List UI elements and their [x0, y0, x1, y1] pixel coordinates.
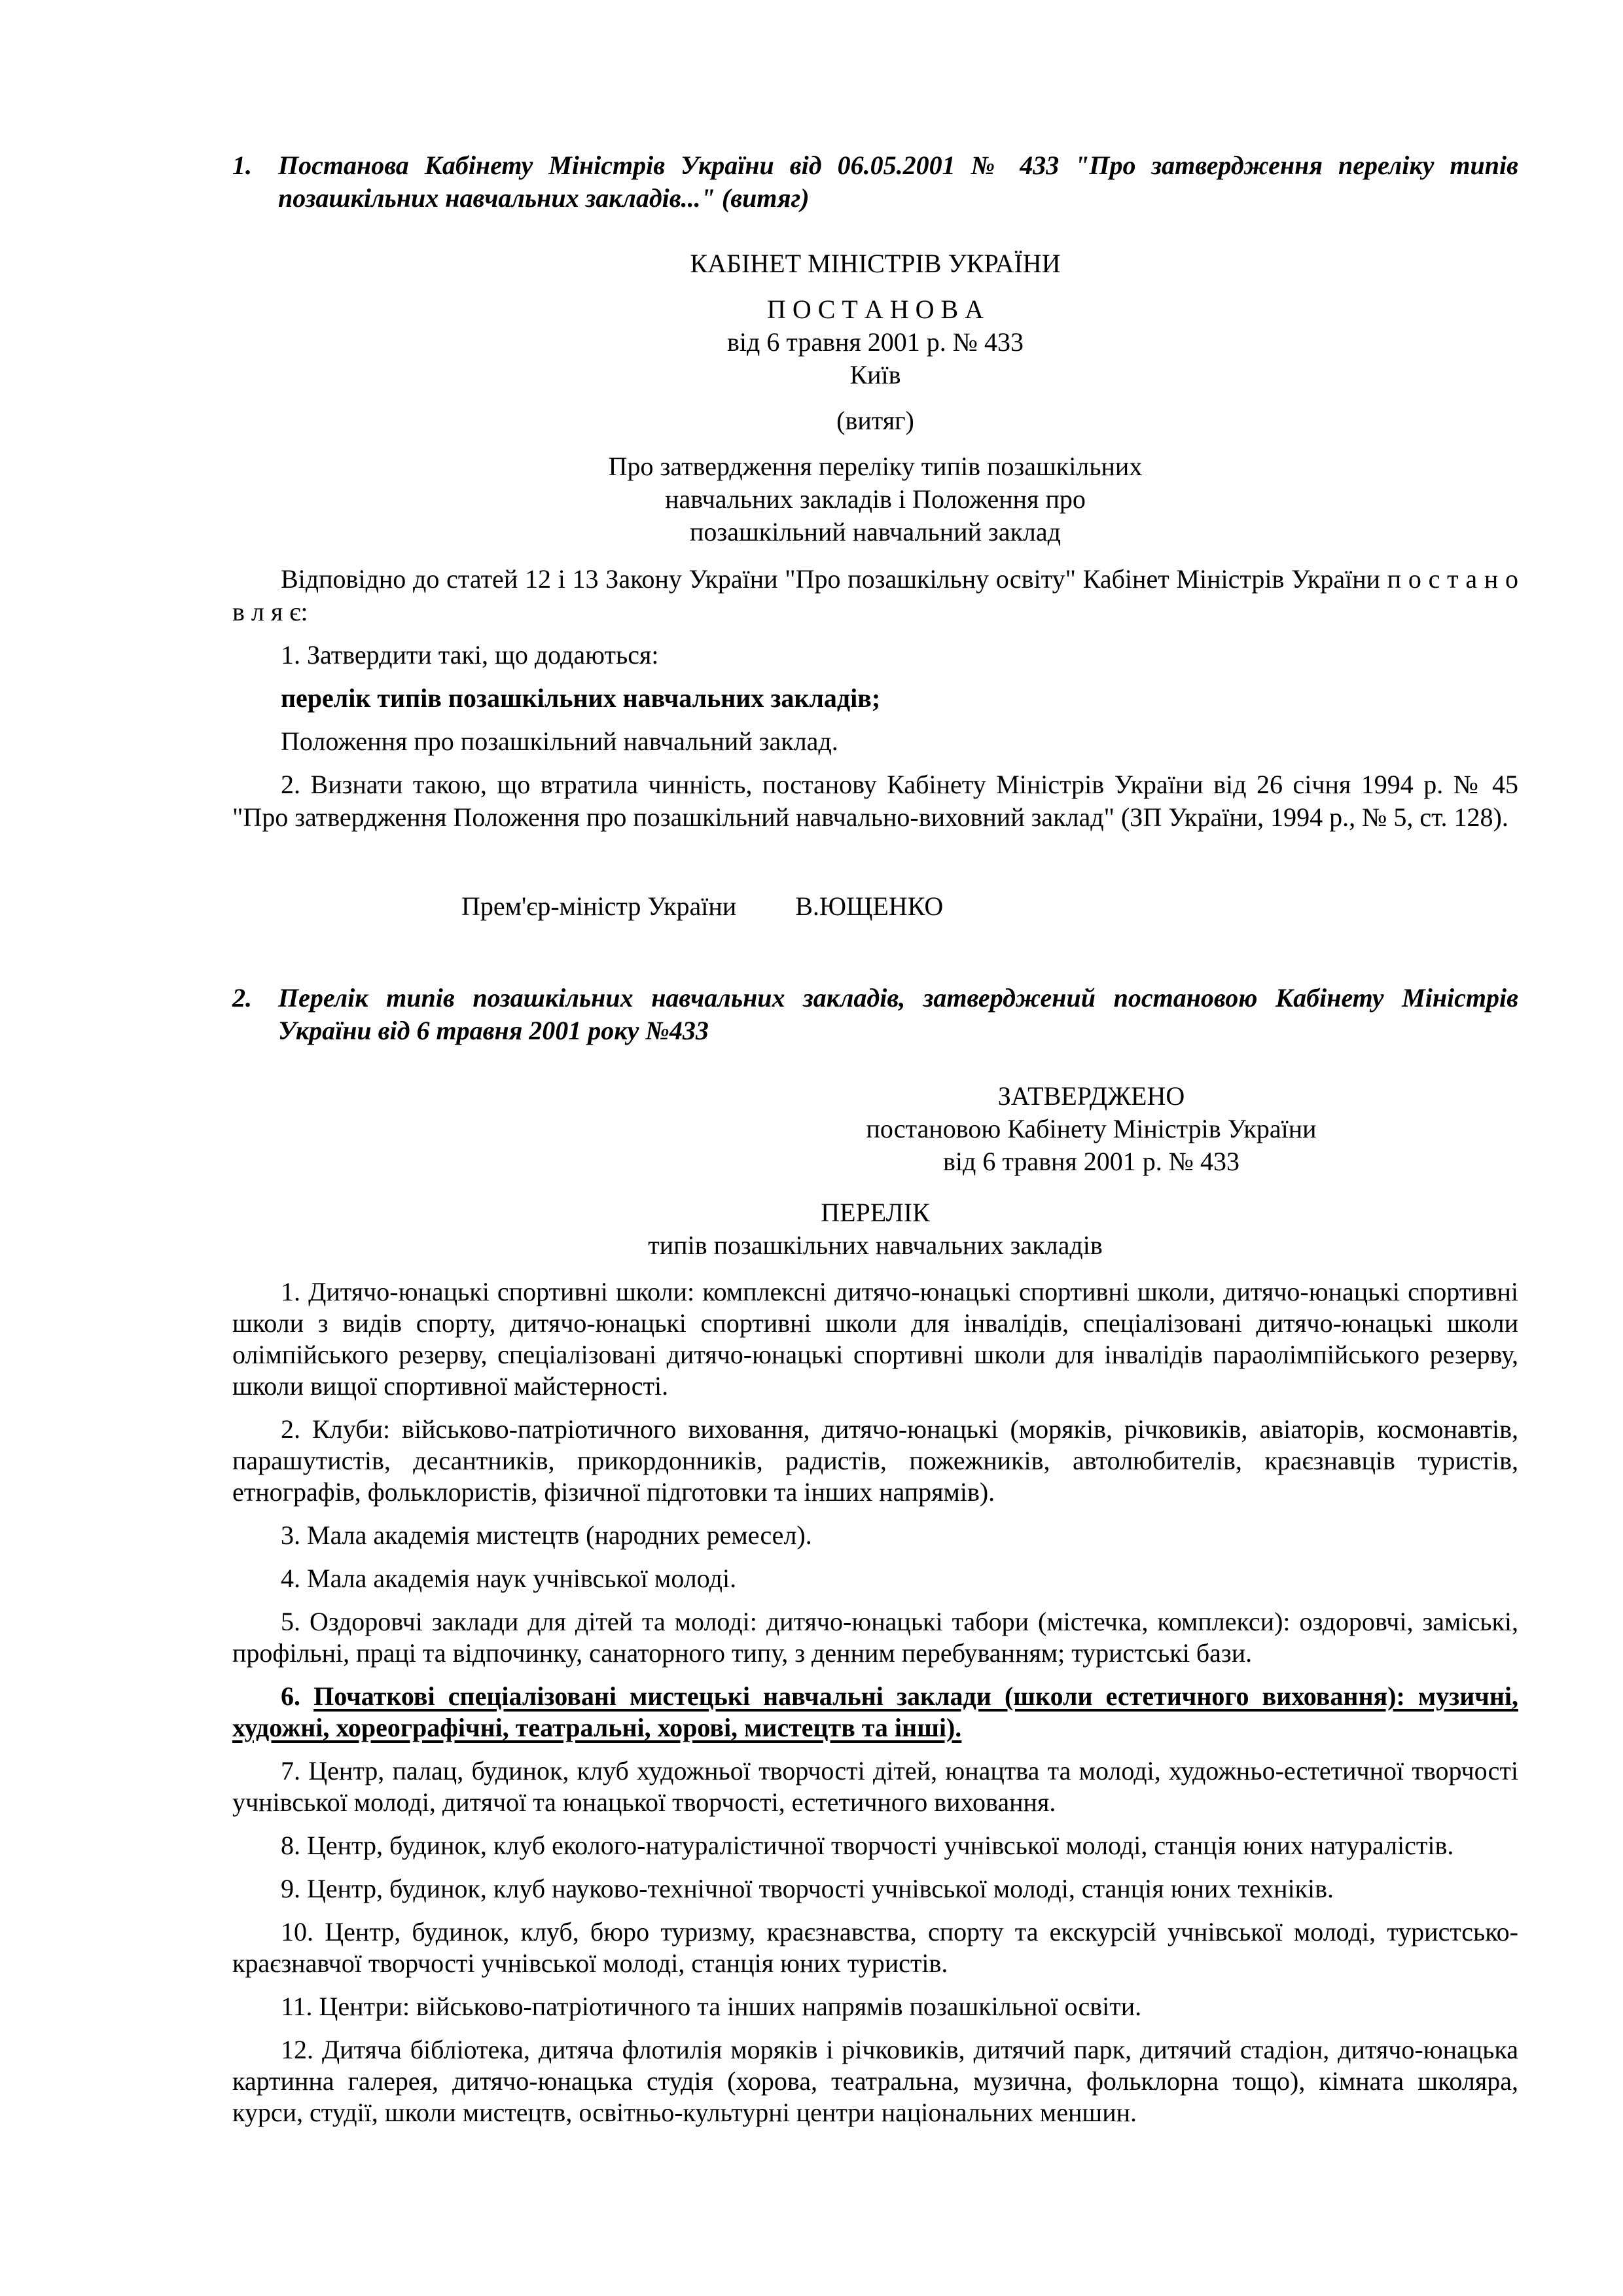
approved-by: постановою Кабінету Міністрів України — [664, 1113, 1518, 1145]
document-page: 1. Постанова Кабінету Міністрів України … — [232, 149, 1518, 2140]
decree-city: Київ — [232, 359, 1518, 391]
clause-2: 2. Визнати такою, що втратила чинність, … — [232, 768, 1518, 834]
list-item-3: 3. Мала академія мистецтв (народних реме… — [232, 1520, 1518, 1551]
list-item-5: 5. Оздоровчі заклади для дітей та молоді… — [232, 1606, 1518, 1669]
list-item-9: 9. Центр, будинок, клуб науково-технічно… — [232, 1873, 1518, 1905]
signature-title: Прем'єр-міністр України — [461, 890, 736, 923]
signature-block: Прем'єр-міністр України В.ЮЩЕНКО — [461, 890, 1518, 923]
approved-label: ЗАТВЕРДЖЕНО — [664, 1080, 1518, 1113]
authority-name: КАБІНЕТ МІНІСТРІВ УКРАЇНИ — [232, 247, 1518, 280]
list-item-2: 2. Клуби: військово-патріотичного вихова… — [232, 1414, 1518, 1508]
approval-stamp: ЗАТВЕРДЖЕНО постановою Кабінету Міністрі… — [232, 1080, 1518, 1178]
signature-name: В.ЮЩЕНКО — [795, 890, 943, 923]
decree-title-line-3: позашкільний навчальний заклад — [232, 516, 1518, 548]
list-item-10: 10. Центр, будинок, клуб, бюро туризму, … — [232, 1916, 1518, 1979]
list-item-6-text: Початкові спеціалізовані мистецькі навча… — [232, 1681, 1518, 1742]
list-item-7: 7. Центр, палац, будинок, клуб художньої… — [232, 1755, 1518, 1818]
approved-date: від 6 травня 2001 р. № 433 — [664, 1145, 1518, 1178]
section-2-heading-text: Перелік типів позашкільних навчальних за… — [278, 982, 1518, 1047]
section-2-number: 2. — [232, 982, 278, 1047]
list-item-1: 1. Дитячо-юнацькі спортивні школи: компл… — [232, 1276, 1518, 1402]
section-1-number: 1. — [232, 149, 278, 215]
list-title: ПЕРЕЛІК — [232, 1196, 1518, 1229]
section-1-heading-text: Постанова Кабінету Міністрів України від… — [278, 149, 1518, 215]
extract-note: (витяг) — [232, 404, 1518, 437]
decree-title-line-1: Про затвердження переліку типів позашкіл… — [232, 450, 1518, 483]
section-1-heading: 1. Постанова Кабінету Міністрів України … — [232, 149, 1518, 215]
document-type: П О С Т А Н О В А — [232, 293, 1518, 326]
list-item-6: 6. Початкові спеціалізовані мистецькі на… — [232, 1681, 1518, 1744]
section-2-heading: 2. Перелік типів позашкільних навчальних… — [232, 982, 1518, 1047]
list-item-4: 4. Мала академія наук учнівської молоді. — [232, 1563, 1518, 1594]
preamble: Відповідно до статей 12 і 13 Закону Укра… — [232, 563, 1518, 628]
clause-1-item-2: Положення про позашкільний навчальний за… — [232, 725, 1518, 758]
clause-1: 1. Затвердити такі, що додаються: — [232, 639, 1518, 672]
clause-1-item-1: перелік типів позашкільних навчальних за… — [232, 682, 1518, 715]
list-item-8: 8. Центр, будинок, клуб еколого-натуралі… — [232, 1830, 1518, 1861]
list-item-12: 12. Дитяча бібліотека, дитяча флотилія м… — [232, 2034, 1518, 2128]
list-item-6-number: 6. — [281, 1681, 300, 1711]
list-subtitle: типів позашкільних навчальних закладів — [232, 1229, 1518, 1262]
decree-date: від 6 травня 2001 р. № 433 — [232, 326, 1518, 359]
list-item-11: 11. Центри: військово-патріотичного та і… — [232, 1991, 1518, 2022]
decree-title-line-2: навчальних закладів і Положення про — [232, 483, 1518, 516]
